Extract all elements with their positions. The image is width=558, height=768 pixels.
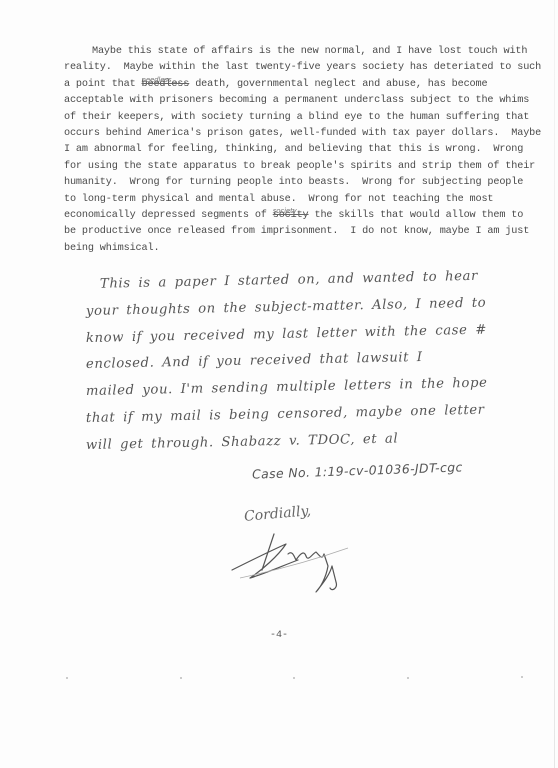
typed-line: being whimsical. xyxy=(64,241,544,257)
scan-speck xyxy=(521,676,523,678)
typed-line: reality. Maybe within the last twenty-fi… xyxy=(64,60,544,76)
typed-text: the skills that would allow them to xyxy=(309,210,524,221)
typed-line: occurs behind America's prison gates, we… xyxy=(64,126,544,142)
corrected-word: needlessbeedless xyxy=(142,79,190,90)
typed-line: to long-term physical and mental abuse. … xyxy=(64,192,544,208)
typed-line: humanity. Wrong for turning people into … xyxy=(64,175,544,191)
scan-speck xyxy=(293,677,295,679)
typed-line: acceptable with prisoners becoming a per… xyxy=(64,93,544,109)
scan-speck xyxy=(407,677,409,679)
page-edge xyxy=(554,0,555,768)
scanned-letter-page: Maybe this state of affairs is the new n… xyxy=(0,0,558,768)
handwritten-note: This is a paper I started on, and wanted… xyxy=(86,272,546,460)
typed-line-with-correction: economically depressed segments of socie… xyxy=(64,208,544,224)
typed-text: economically depressed segments of xyxy=(64,210,273,221)
typed-text: death, governmental neglect and abuse, h… xyxy=(189,79,487,90)
typed-line: of their keepers, with society turning a… xyxy=(64,110,544,126)
typed-line: Maybe this state of affairs is the new n… xyxy=(64,44,544,60)
typed-line: for using the state apparatus to break p… xyxy=(64,159,544,175)
typed-text: a point that xyxy=(64,79,142,90)
typed-line: I am abnormal for feeling, thinking, and… xyxy=(64,142,544,158)
scan-speck xyxy=(180,677,182,679)
signature-icon xyxy=(228,526,358,598)
typed-line: be productive once released from impriso… xyxy=(64,224,544,240)
case-number: Case No. 1:19-cv-01036-JDT-cgc xyxy=(252,459,463,481)
closing: Cordially, xyxy=(243,503,311,525)
typed-paragraph: Maybe this state of affairs is the new n… xyxy=(64,44,544,257)
handwritten-insert: needless xyxy=(142,72,172,88)
scan-speck xyxy=(66,677,68,679)
handwritten-insert: society xyxy=(273,203,297,219)
page-number: -4- xyxy=(0,630,558,641)
corrected-word: societysocity xyxy=(273,210,309,221)
typed-line-with-correction: a point that needlessbeedless death, gov… xyxy=(64,77,544,93)
